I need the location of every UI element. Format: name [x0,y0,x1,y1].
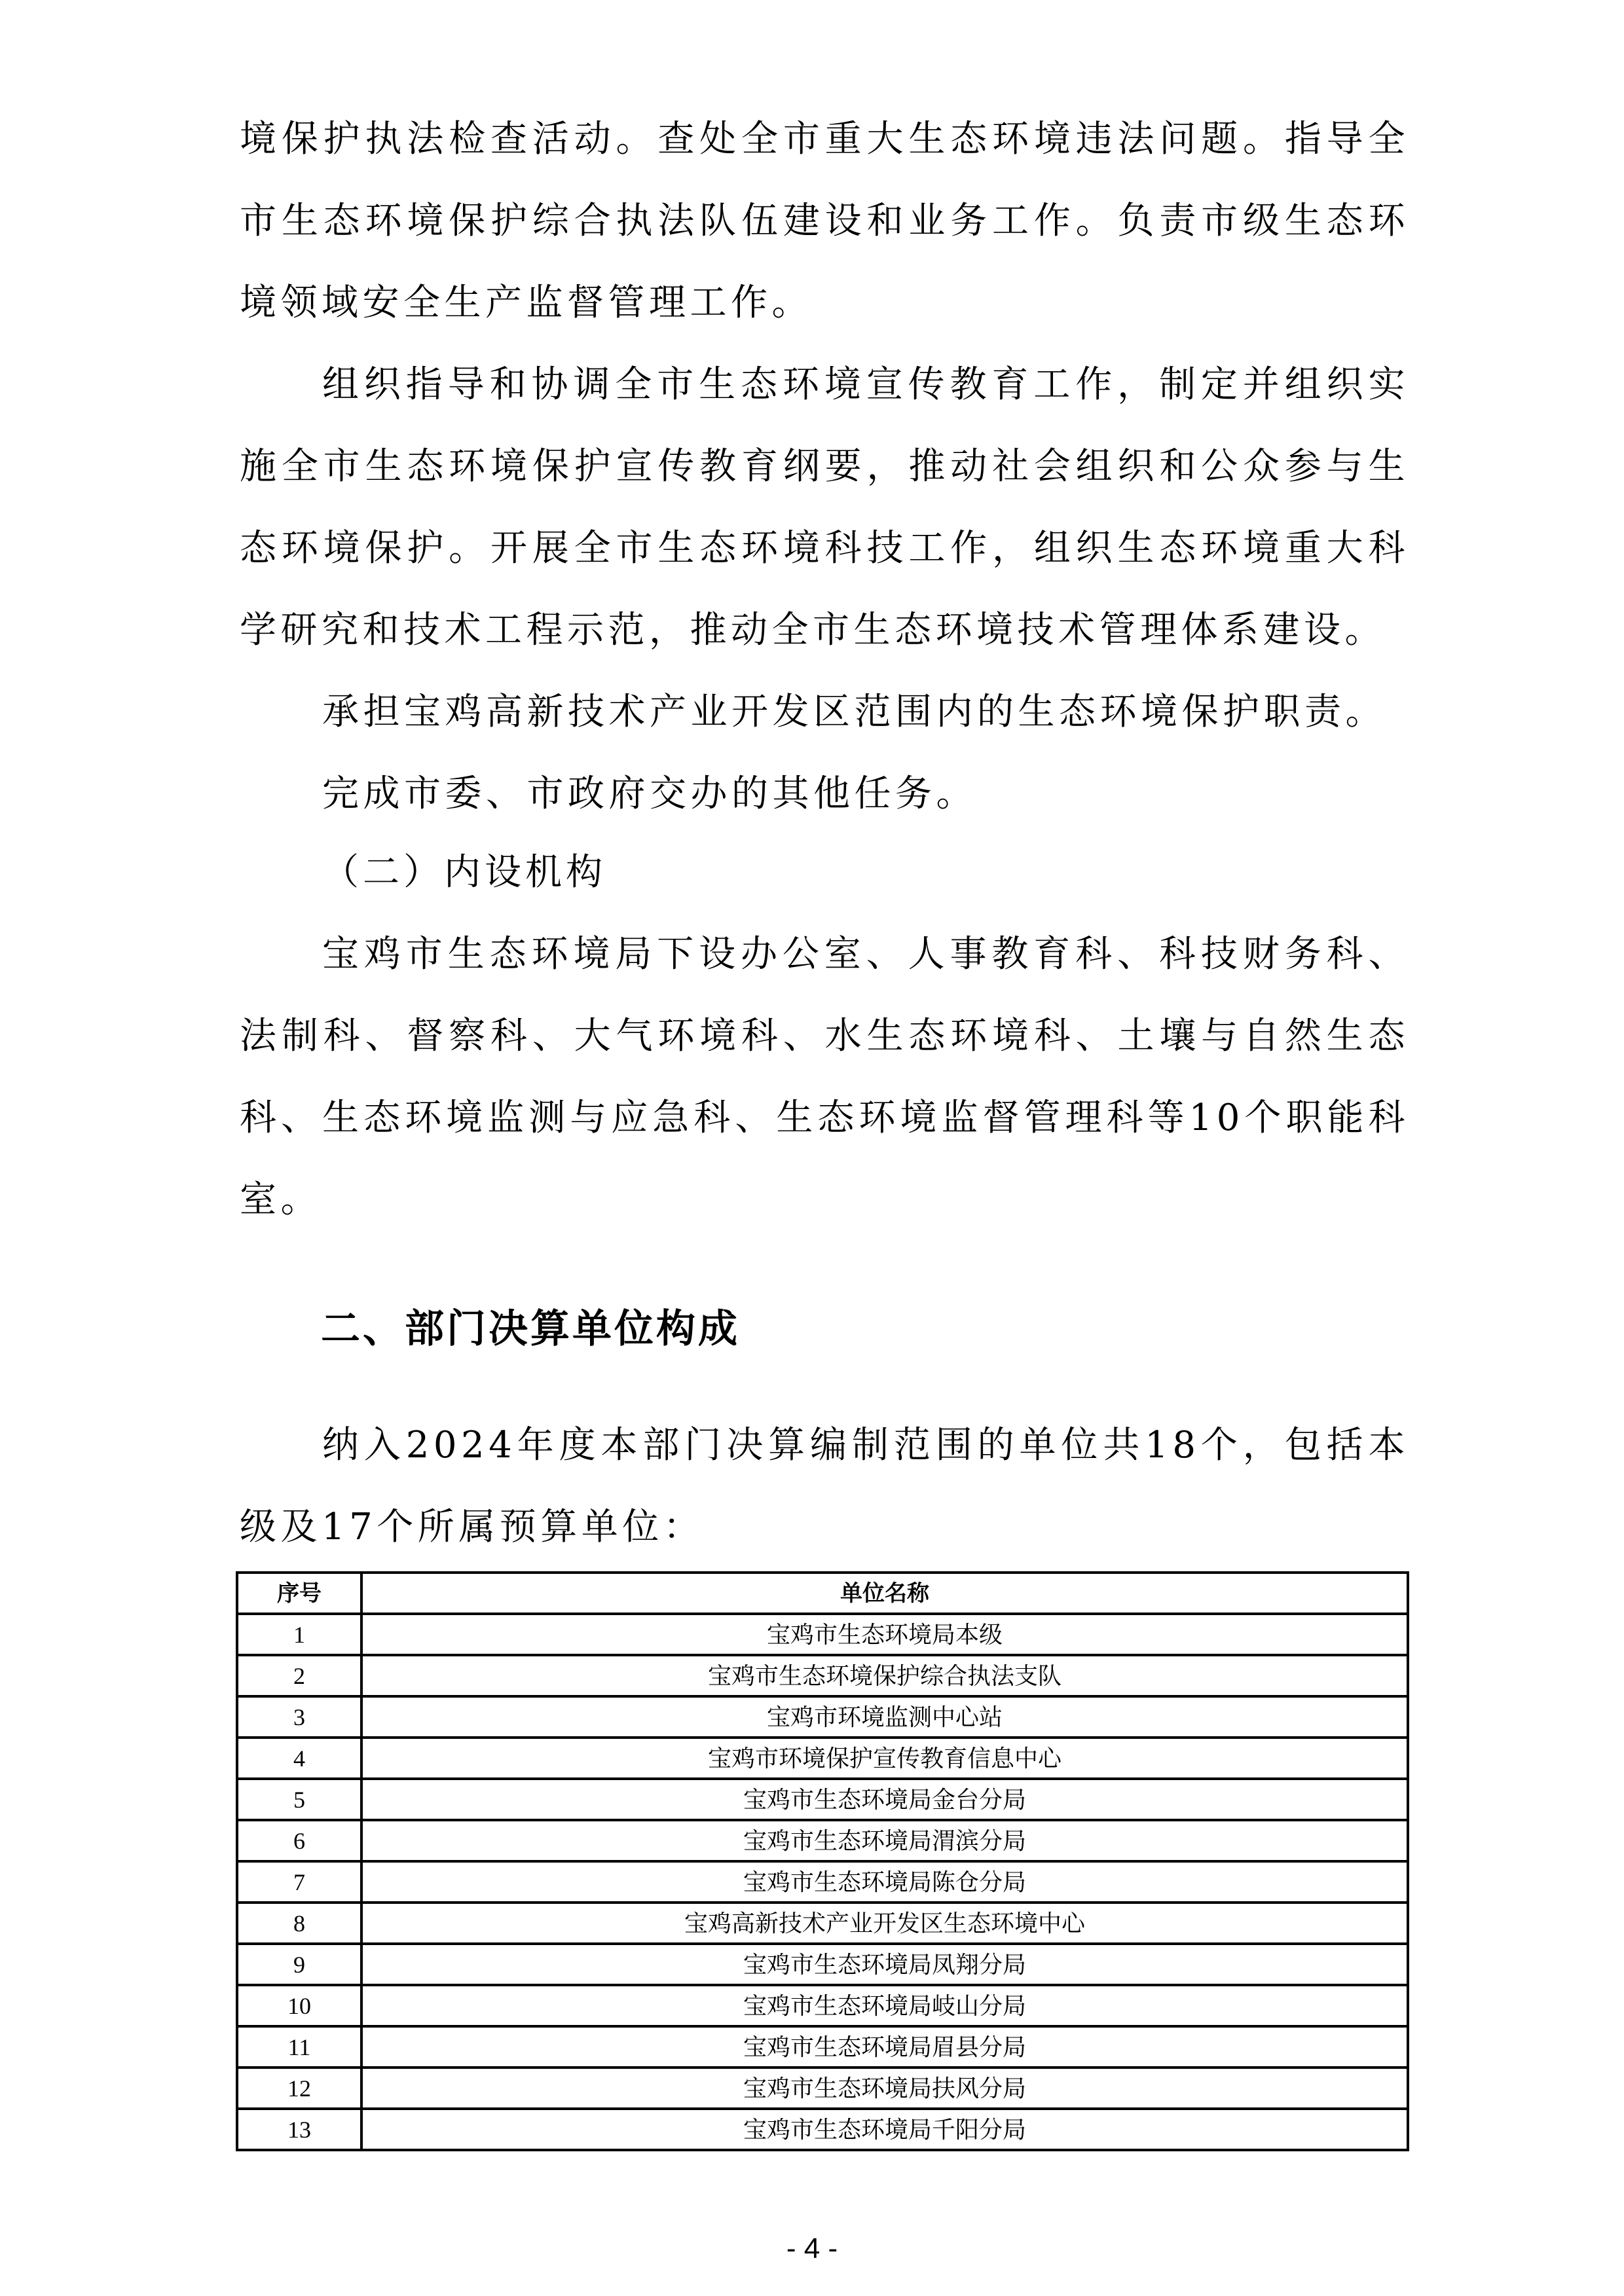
table-row: 4 宝鸡市环境保护宣传教育信息中心 [237,1738,1408,1779]
page-number: - 4 - [0,2229,1624,2269]
table-row: 12 宝鸡市生态环境局扶风分局 [237,2068,1408,2109]
subheading-internal-structure: （二）内设机构 [240,831,606,913]
row-unit-name: 宝鸡高新技术产业开发区生态环境中心 [361,1903,1408,1944]
row-unit-name: 宝鸡市生态环境局渭滨分局 [361,1820,1408,1861]
table-row: 9 宝鸡市生态环境局凤翔分局 [237,1944,1408,1985]
row-index: 9 [237,1944,361,1985]
row-unit-name: 宝鸡市生态环境局扶风分局 [361,2068,1408,2109]
table-row: 13 宝鸡市生态环境局千阳分局 [237,2109,1408,2150]
row-index: 11 [237,2026,361,2068]
row-index: 2 [237,1655,361,1696]
row-unit-name: 宝鸡市环境保护宣传教育信息中心 [361,1738,1408,1779]
table-row: 8 宝鸡高新技术产业开发区生态环境中心 [237,1903,1408,1944]
row-unit-name: 宝鸡市生态环境保护综合执法支队 [361,1655,1408,1696]
row-index: 13 [237,2109,361,2150]
row-index: 5 [237,1779,361,1820]
paragraph-units-intro: 纳入2024年度本部门决算编制范围的单位共18个，包括本级及17个所属预算单位： [240,1404,1409,1568]
row-unit-name: 宝鸡市生态环境局凤翔分局 [361,1944,1408,1985]
row-unit-name: 宝鸡市生态环境局金台分局 [361,1779,1408,1820]
row-unit-name: 宝鸡市生态环境局本级 [361,1614,1408,1655]
section-heading-unit-composition: 二、部门决算单位构成 [321,1293,740,1365]
table-row: 5 宝鸡市生态环境局金台分局 [237,1779,1408,1820]
paragraph-enforcement-duties: 境保护执法检查活动。查处全市重大生态环境违法问题。指导全市生态环境保护综合执法队… [240,98,1409,344]
table-row: 1 宝鸡市生态环境局本级 [237,1614,1408,1655]
row-unit-name: 宝鸡市环境监测中心站 [361,1696,1408,1738]
column-header-index: 序号 [237,1573,361,1614]
row-index: 10 [237,1985,361,2026]
structure-text-block: 宝鸡市生态环境局下设办公室、人事教育科、科技财务科、法制科、督察科、大气环境科、… [240,913,1409,1241]
row-unit-name: 宝鸡市生态环境局岐山分局 [361,1985,1408,2026]
column-header-unit-name: 单位名称 [361,1573,1408,1614]
row-unit-name: 宝鸡市生态环境局眉县分局 [361,2026,1408,2068]
row-index: 1 [237,1614,361,1655]
row-index: 12 [237,2068,361,2109]
table-row: 11 宝鸡市生态环境局眉县分局 [237,2026,1408,2068]
duties-text-block: 境保护执法检查活动。查处全市重大生态环境违法问题。指导全市生态环境保护综合执法队… [240,98,1409,835]
paragraph-publicity-duties: 组织指导和协调全市生态环境宣传教育工作，制定并组织实施全市生态环境保护宣传教育纲… [240,344,1409,671]
table-header-row: 序号 单位名称 [237,1573,1408,1614]
row-unit-name: 宝鸡市生态环境局陈仓分局 [361,1861,1408,1903]
row-unit-name: 宝鸡市生态环境局千阳分局 [361,2109,1408,2150]
table-row: 3 宝鸡市环境监测中心站 [237,1696,1408,1738]
row-index: 6 [237,1820,361,1861]
row-index: 7 [237,1861,361,1903]
table-row: 2 宝鸡市生态环境保护综合执法支队 [237,1655,1408,1696]
paragraph-other-tasks: 完成市委、市政府交办的其他任务。 [240,753,1409,835]
row-index: 3 [237,1696,361,1738]
document-page: 境保护执法检查活动。查处全市重大生态环境违法问题。指导全市生态环境保护综合执法队… [0,0,1624,2296]
paragraph-hightech-zone-duties: 承担宝鸡高新技术产业开发区范围内的生态环境保护职责。 [240,671,1409,753]
paragraph-internal-structure: 宝鸡市生态环境局下设办公室、人事教育科、科技财务科、法制科、督察科、大气环境科、… [240,913,1409,1241]
table-row: 7 宝鸡市生态环境局陈仓分局 [237,1861,1408,1903]
row-index: 8 [237,1903,361,1944]
row-index: 4 [237,1738,361,1779]
table-row: 10 宝鸡市生态环境局岐山分局 [237,1985,1408,2026]
units-intro-block: 纳入2024年度本部门决算编制范围的单位共18个，包括本级及17个所属预算单位： [240,1404,1409,1568]
units-table: 序号 单位名称 1 宝鸡市生态环境局本级 2 宝鸡市生态环境保护综合执法支队 3… [236,1571,1409,2151]
table-row: 6 宝鸡市生态环境局渭滨分局 [237,1820,1408,1861]
